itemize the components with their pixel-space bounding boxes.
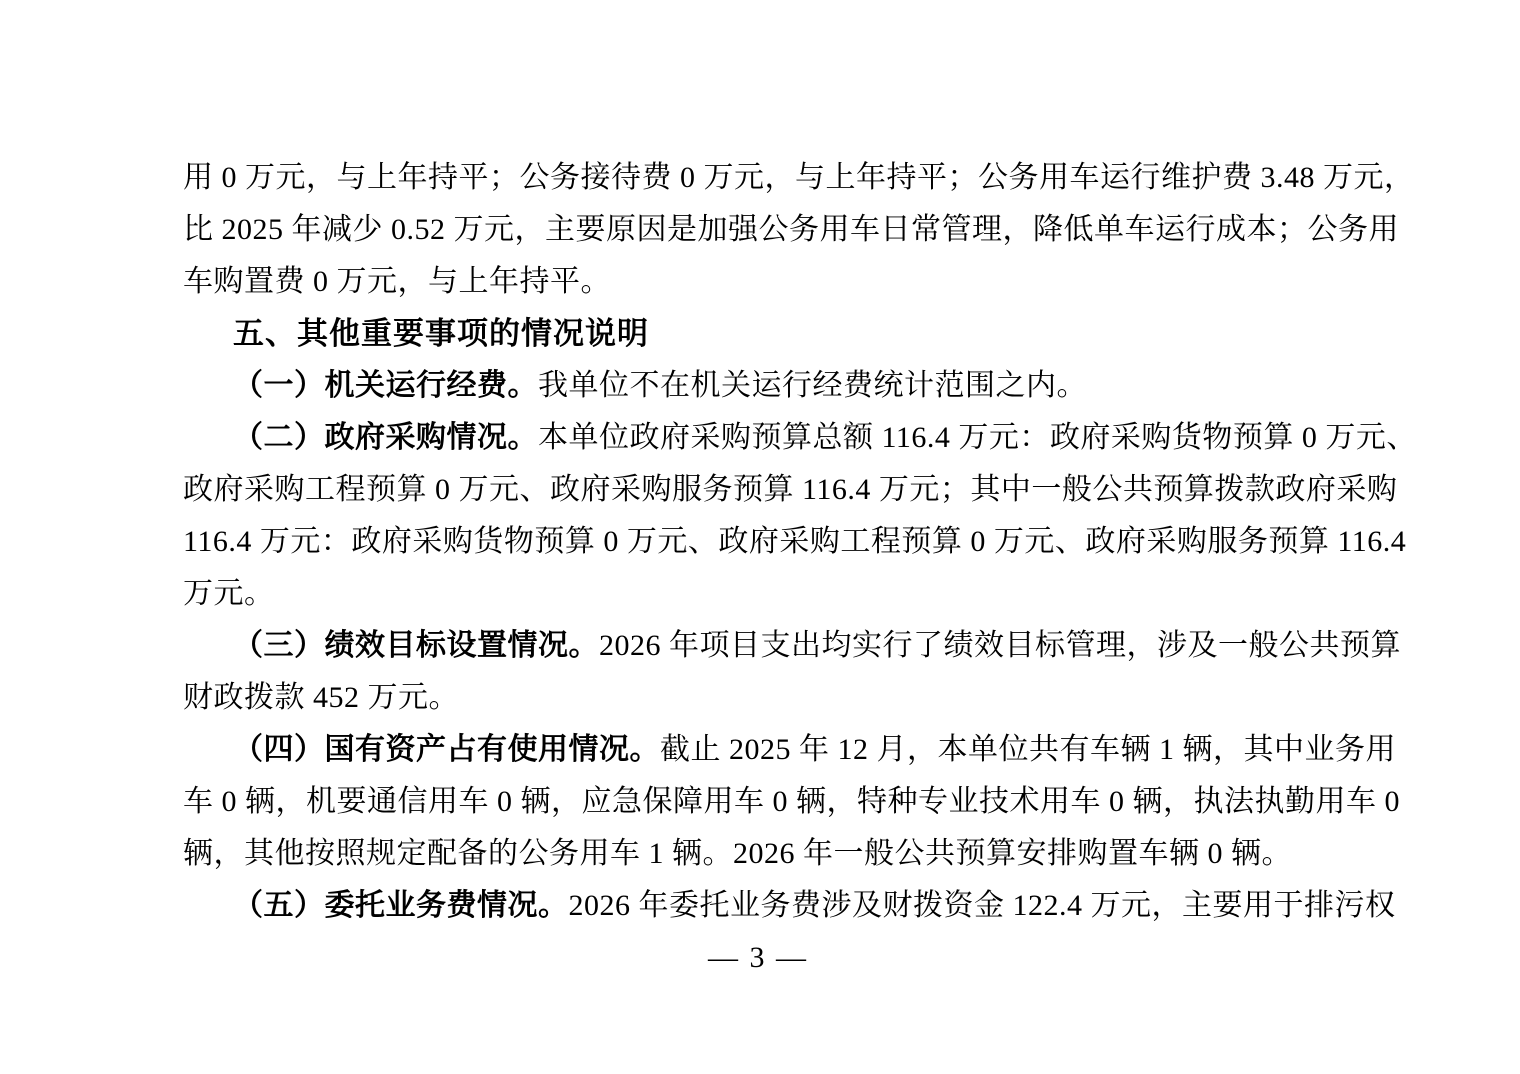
item-3-lead: （三）绩效目标设置情况。 xyxy=(233,629,599,662)
item-4-text: 截止 2025 年 12 月，本单位共有车辆 1 辆，其中业务用 xyxy=(660,733,1396,766)
document-body: 用 0 万元，与上年持平；公务接待费 0 万元，与上年持平；公务用车运行维护费 … xyxy=(183,152,1333,984)
item-first-line: （二）政府采购情况。本单位政府采购预算总额 116.4 万元：政府采购货物预算 … xyxy=(183,412,1333,464)
item-first-line: （三）绩效目标设置情况。2026 年项目支出均实行了绩效目标管理，涉及一般公共预… xyxy=(183,620,1333,672)
body-line: 用 0 万元，与上年持平；公务接待费 0 万元，与上年持平；公务用车运行维护费 … xyxy=(183,152,1333,204)
body-line: 比 2025 年减少 0.52 万元，主要原因是加强公务用车日常管理，降低单车运… xyxy=(183,204,1333,256)
item-first-line: （一）机关运行经费。我单位不在机关运行经费统计范围之内。 xyxy=(183,360,1333,412)
body-line: 财政拨款 452 万元。 xyxy=(183,672,1333,724)
document-page: 用 0 万元，与上年持平；公务接待费 0 万元，与上年持平；公务用车运行维护费 … xyxy=(0,0,1520,1074)
section-heading: 五、其他重要事项的情况说明 xyxy=(183,308,1333,360)
item-first-line: （四）国有资产占有使用情况。截止 2025 年 12 月，本单位共有车辆 1 辆… xyxy=(183,724,1333,776)
item-5-text: 2026 年委托业务费涉及财拨资金 122.4 万元，主要用于排污权 xyxy=(569,889,1396,922)
body-line: 车 0 辆，机要通信用车 0 辆，应急保障用车 0 辆，特种专业技术用车 0 辆… xyxy=(183,776,1333,828)
item-4-lead: （四）国有资产占有使用情况。 xyxy=(233,733,660,766)
item-2-text: 本单位政府采购预算总额 116.4 万元：政府采购货物预算 0 万元、 xyxy=(538,421,1417,454)
body-line: 辆，其他按照规定配备的公务用车 1 辆。2026 年一般公共预算安排购置车辆 0… xyxy=(183,828,1333,880)
item-1-lead: （一）机关运行经费。 xyxy=(233,369,538,402)
item-5-lead: （五）委托业务费情况。 xyxy=(233,889,569,922)
item-first-line: （五）委托业务费情况。2026 年委托业务费涉及财拨资金 122.4 万元，主要… xyxy=(183,880,1333,932)
body-line: 政府采购工程预算 0 万元、政府采购服务预算 116.4 万元；其中一般公共预算… xyxy=(183,464,1333,516)
body-line: 万元。 xyxy=(183,568,1333,620)
body-line: 116.4 万元：政府采购货物预算 0 万元、政府采购工程预算 0 万元、政府采… xyxy=(183,516,1333,568)
page-number: — 3 — xyxy=(183,932,1333,984)
body-line: 车购置费 0 万元，与上年持平。 xyxy=(183,256,1333,308)
item-3-text: 2026 年项目支出均实行了绩效目标管理，涉及一般公共预算 xyxy=(599,629,1401,662)
item-1-text: 我单位不在机关运行经费统计范围之内。 xyxy=(538,369,1087,402)
item-2-lead: （二）政府采购情况。 xyxy=(233,421,538,454)
